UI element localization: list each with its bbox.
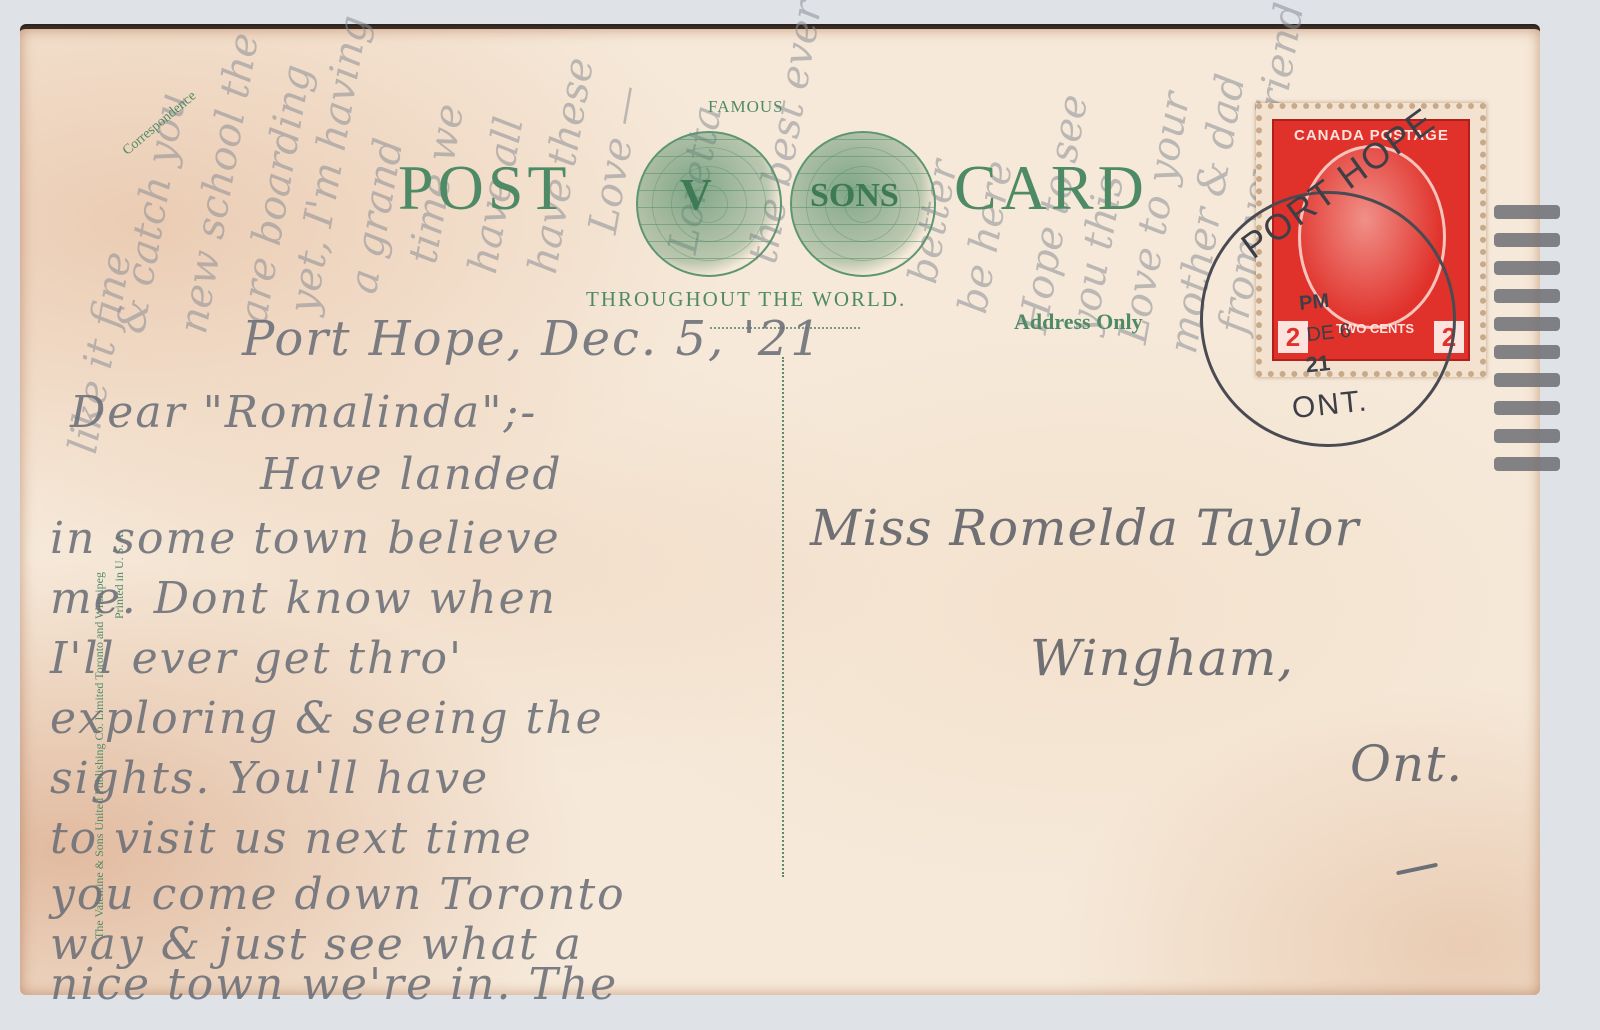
tagline: THROUGHOUT THE WORLD.: [586, 287, 906, 312]
message-line: Dear "Romalinda";-: [70, 387, 537, 438]
message-heading: Port Hope, Dec. 5, '21: [242, 311, 823, 367]
header-post: POST: [398, 151, 571, 225]
message-line: in some town believe: [50, 513, 561, 564]
recipient-city: Wingham,: [1030, 629, 1294, 687]
postmark-time: PM: [1298, 290, 1330, 316]
postcard-back: like it fine & catch you new school the …: [20, 26, 1540, 995]
monogram-sons: SONS: [810, 177, 899, 215]
recipient-province: Ont.: [1350, 735, 1463, 793]
header-card: CARD: [954, 151, 1148, 225]
message-line: you come down Toronto: [50, 869, 626, 920]
monogram-v: V: [680, 169, 712, 220]
message-line: to visit us next time: [50, 813, 533, 864]
message-line: Have landed: [260, 449, 563, 500]
message-line: me. Dont know when: [50, 573, 557, 624]
postmark-year: 21: [1304, 350, 1331, 378]
recipient-name: Miss Romelda Taylor: [810, 499, 1359, 557]
divider-vertical: [782, 357, 784, 877]
postmark-date: DE 6: [1305, 320, 1352, 348]
pen-stroke: [1396, 863, 1438, 876]
postmark-province: ONT.: [1290, 384, 1369, 426]
message-line: exploring & seeing the: [50, 693, 604, 744]
message-line: I'll ever get thro': [50, 633, 463, 684]
message-line: nice town we're in. The: [50, 959, 618, 1010]
message-line: sights. You'll have: [50, 753, 489, 804]
logo-famous-text: FAMOUS: [708, 97, 784, 117]
address-only-label: Address Only: [1014, 309, 1143, 335]
cancellation-bars: [1494, 205, 1560, 495]
